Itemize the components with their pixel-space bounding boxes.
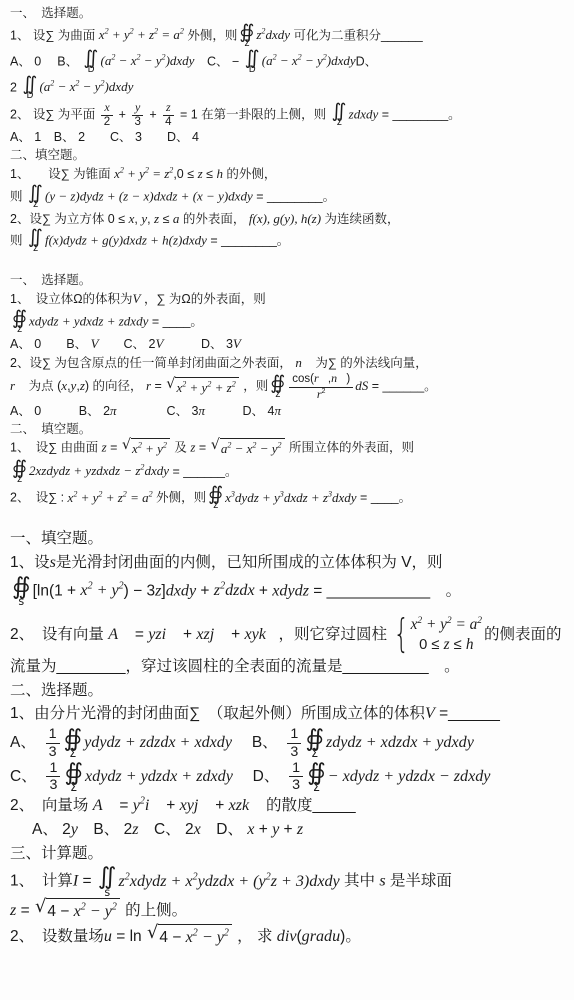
doc-line: 2、设∑ 为包含原点的任一简单封闭曲面之外表面， n⃗ 为∑ 的外法线向量， (10, 354, 568, 373)
closed-surface-integral: ∬D (22, 75, 37, 101)
fraction-numerator: cos(r⃗,n⃗) (289, 372, 353, 387)
superscript: 2 (207, 379, 211, 388)
closed-surface-integral: ∯Σ (64, 761, 83, 794)
fraction-numerator: 1 (46, 726, 60, 743)
fraction: 13 (46, 760, 60, 794)
fraction: x2 (101, 101, 113, 129)
document-page: 一、 选择题。1、 设∑ 为曲面 x2 + y2 + z2 = a2 外侧，则∯… (0, 0, 574, 1000)
square-root: √4 − x2 − y2 (35, 898, 120, 924)
math-variable: V (155, 336, 163, 351)
math-variable: z (80, 378, 85, 393)
math-variable: (a2 − x2 − y2)dxdy (101, 53, 195, 68)
doc-line: 流量为________，穿过该圆柱的全表面的流量是__________ 。 (10, 655, 568, 678)
integral-glyph: ∯ (307, 761, 326, 783)
math-variable: y (71, 378, 77, 393)
fraction-denominator: r2 (314, 388, 329, 402)
math-variable: x (247, 821, 254, 838)
fraction-denominator: 4 (162, 116, 174, 129)
fraction-numerator: 1 (287, 726, 301, 743)
doc-line: 2 ∬D(a2 − x2 − y2)dxdy (10, 75, 568, 101)
doc-line: C、 13∯Σxdydz + ydzdx + zdxdy D、 13∯Σ− xd… (10, 760, 568, 794)
superscript: 2 (120, 166, 124, 175)
closed-surface-integral: ∯Σ (12, 459, 27, 485)
math-variable: x2 + y2 + z2 = a2 (68, 490, 153, 505)
integral-subscript: Σ (33, 245, 39, 254)
closed-surface-integral: ∬Σ (28, 184, 43, 210)
math-variable: 2xzdydz + yzdxdz − z2dxdy (29, 463, 169, 478)
fraction-denominator: 3 (289, 777, 303, 793)
doc-line: 一、 选择题。 (10, 272, 568, 290)
superscript: 2 (125, 871, 130, 882)
math-variable: (y − z)dydz + (z − x)dxdz + (x − y)dxdy (45, 188, 253, 203)
math-variable: A⃗ (93, 797, 115, 814)
math-variable: V (425, 705, 435, 722)
math-variable: xdydz + ydzdx + zdxdy (85, 768, 233, 785)
superscript: 2 (193, 871, 198, 882)
closed-surface-integral: ∬D (245, 49, 260, 75)
math-variable: x2 + y2 = z2 (114, 166, 173, 181)
doc-line: z = √4 − x2 − y2 的上侧。 (10, 898, 568, 924)
math-variable: z2dxdy (256, 27, 290, 42)
math-variable: π (199, 403, 206, 418)
superscript: 2 (220, 581, 225, 592)
math-variable: r⃗ (314, 371, 328, 385)
math-variable: dS (355, 378, 368, 393)
doc-line: 二、填空题。 (10, 147, 568, 165)
integral-glyph: ∬ (28, 184, 43, 202)
closed-surface-integral: ∯s (12, 575, 31, 608)
radicand: x2 + y2 (131, 438, 170, 459)
math-variable: z (155, 582, 161, 599)
doc-line: 二、 填空题。 (10, 421, 568, 439)
closed-surface-integral: ∯Σ (12, 309, 27, 335)
math-variable: V (133, 291, 141, 306)
doc-line: ∯Σ2xzdydz + yzdxdz − z2dxdy = ______。 (10, 459, 568, 485)
superscript: 2 (182, 379, 186, 388)
radical-sign: √ (35, 898, 46, 916)
integral-glyph: ∯ (64, 761, 83, 783)
math-variable: r⃗ (10, 378, 25, 393)
math-variable: x (61, 378, 67, 393)
integral-subscript: Σ (275, 391, 281, 400)
math-variable: xdydz (272, 582, 309, 599)
superscript: 2 (154, 27, 158, 36)
superscript: 2 (73, 489, 77, 498)
doc-line: A、 0 B、 2π C、 3π D、 4π (10, 402, 568, 421)
superscript: 2 (266, 871, 271, 882)
doc-line: 1、 设∑ 为锥面 x2 + y2 = z2,0 ≤ z ≤ h 的外侧， (10, 165, 568, 184)
math-variable: n⃗ (295, 355, 312, 370)
fraction-denominator: 2 (101, 116, 113, 129)
superscript: 3 (280, 489, 284, 498)
radical-sign: √ (122, 438, 131, 452)
closed-surface-integral: ∯Σ (305, 727, 324, 760)
superscript: 2 (322, 387, 326, 395)
integral-subscript: Σ (213, 502, 219, 511)
integral-subscript: Σ (17, 326, 23, 335)
math-variable: n⃗ (331, 371, 346, 385)
superscript: 2 (140, 463, 144, 472)
math-variable: dxdy (166, 582, 196, 599)
math-variable: z2dzdx (214, 582, 255, 599)
math-variable: x2 + y2 (132, 441, 167, 456)
math-variable: xzk⃗ (229, 797, 262, 814)
math-variable: y (71, 821, 78, 838)
math-text: 0 ≤ z ≤ h (419, 635, 473, 655)
math-variable: u (104, 928, 112, 945)
math-variable: zdydz + xdzdx + ydxdy (326, 734, 474, 751)
superscript: 3 (328, 489, 332, 498)
math-variable: x2 + y2 + z2 (176, 380, 235, 395)
fraction-numerator: 1 (46, 760, 60, 777)
doc-line: A、 2y B、 2z C、 2x D、 x + y + z (32, 818, 568, 842)
doc-line: A、 13∯Σydydz + zdzdx + xdxdy B、 13∯Σzdyd… (10, 726, 568, 760)
math-variable: y (272, 821, 279, 838)
square-root: √a2 − x2 − y2 (211, 438, 285, 459)
superscript: 2 (112, 902, 117, 913)
doc-line: 2、 向量场 A⃗ = y2i⃗ + xyj⃗ + xzk⃗ 的散度_____ (10, 794, 568, 818)
superscript: 2 (130, 27, 134, 36)
math-variable: π (274, 403, 281, 418)
superscript: 2 (261, 27, 265, 36)
math-variable: x2 − y2 (74, 903, 117, 920)
superscript: 2 (193, 928, 198, 939)
radicand: 4 − x2 − y2 (158, 924, 232, 950)
fraction-denominator: 3 (131, 116, 143, 129)
closed-surface-integral: ∯Σ (64, 727, 83, 760)
doc-line: 2、设∑ 为立方体 0 ≤ x, y, z ≤ a 的外表面， f(x), g(… (10, 210, 568, 229)
fraction-denominator: 3 (287, 744, 301, 760)
fraction-numerator: 1 (289, 760, 303, 777)
doc-line: 1、设s是光滑封闭曲面的内侧，已知所围成的立体体积为 V，则 (10, 551, 568, 575)
superscript: 2 (50, 79, 54, 88)
integral-subscript: Σ (313, 782, 320, 793)
math-variable: x2 − y2 (186, 929, 229, 946)
math-variable: x2 + y2 = a2 (411, 616, 482, 633)
closed-surface-integral: ∯Σ (307, 761, 326, 794)
math-variable: z (444, 636, 450, 653)
superscript: 2 (232, 379, 236, 388)
math-variable: f(x)dydz + g(y)dxdz + h(z)dxdy (45, 233, 207, 248)
math-variable: ydydz + zdzdx + xdxdy (84, 734, 232, 751)
math-variable: s (379, 873, 385, 890)
doc-line: 2、 设数量场u = ln √4 − x2 − y2 ， 求 div(gradu… (10, 924, 568, 950)
radical-sign: √ (166, 377, 175, 391)
math-variable: yzi⃗ (148, 626, 178, 643)
math-variable: h (466, 636, 474, 653)
doc-line: 2、 设有向量 A⃗ = yzi⃗ + xzj⃗ + xyk⃗，则它穿过圆柱{x… (10, 615, 568, 655)
superscript: 2 (119, 581, 124, 592)
doc-line: A、 0 B、 V C、 2V D、 3V (10, 335, 568, 354)
integral-subscript: D (88, 66, 95, 75)
math-variable: gradu (302, 928, 341, 945)
superscript: 2 (227, 441, 231, 450)
math-variable: x2 + y2 (80, 582, 123, 599)
math-variable: x (104, 100, 109, 114)
doc-line: 则 ∬Σ(y − z)dydz + (z − x)dxdz + (x − y)d… (10, 184, 568, 210)
math-variable: x (194, 821, 201, 838)
cases-group: {x2 + y2 = a20 ≤ z ≤ h (389, 615, 482, 655)
closed-surface-integral: ∬D (84, 49, 99, 75)
fraction: 13 (289, 760, 303, 794)
doc-line: 1、 计算I = ∬sz2xdydz + x2ydzdx + (y2z + 3)… (10, 865, 568, 898)
math-variable: xzj⃗ (196, 626, 226, 643)
superscript: 2 (98, 489, 102, 498)
fraction: cos(r⃗,n⃗)r2 (289, 372, 353, 401)
math-variable: r (146, 378, 151, 393)
superscript: 2 (145, 166, 149, 175)
closed-surface-integral: ∯Σ (239, 23, 254, 49)
superscript: 2 (273, 53, 277, 62)
integral-subscript: Σ (33, 201, 39, 210)
superscript: 2 (417, 616, 422, 626)
math-variable: z (198, 166, 203, 181)
radicand: a2 − x2 − y2 (220, 438, 285, 459)
superscript: 2 (180, 27, 184, 36)
math-variable: xyk⃗ (244, 626, 278, 643)
doc-line: 一、 选择题。 (10, 5, 568, 23)
math-variable: y2i⃗ (133, 797, 162, 814)
math-variable: V (233, 336, 241, 351)
doc-line: 2、 设∑ 为平面 x2 + y3 + z4 = 1 在第一卦限的上侧，则 ∬Σ… (10, 101, 568, 129)
math-variable: xdydz + ydxdz + zdxdy (29, 313, 148, 328)
superscript: 2 (163, 441, 167, 450)
math-variable: xyj⃗ (180, 797, 211, 814)
doc-line: 1、 设立体Ω的体积为V ，∑ 为Ω的外表面，则 (10, 290, 568, 309)
integral-glyph: ∯ (64, 727, 83, 749)
integral-subscript: D (249, 66, 256, 75)
math-variable: z (297, 821, 303, 838)
math-variable: V (91, 336, 99, 351)
doc-line: r⃗ 为点 (x,y,z) 的向径， r = √x2 + y2 + z2 ，则∯… (10, 372, 568, 401)
math-variable: z (132, 821, 138, 838)
integral-glyph: ∯ (305, 727, 324, 749)
math-variable: π (110, 403, 117, 418)
superscript: 2 (105, 27, 109, 36)
square-root: √4 − x2 − y2 (147, 924, 232, 950)
integral-subscript: s (18, 596, 24, 607)
doc-line: 2、 设∑ : x2 + y2 + z2 = a2 外侧，则∯Σx3dydz +… (10, 485, 568, 511)
closed-surface-integral: ∯Σ (270, 374, 285, 400)
math-variable: f(x), g(y), h(z) (249, 211, 321, 226)
math-variable: y (135, 100, 140, 114)
math-variable: z (154, 211, 159, 226)
superscript: 2 (477, 616, 482, 626)
doc-line: A、 1 B、 2 C、 3 D、 4 (10, 129, 568, 147)
fraction-numerator: x (101, 101, 112, 116)
radicand: x2 + y2 + z2 (175, 377, 238, 398)
left-brace: { (393, 619, 409, 652)
math-variable: y (141, 211, 147, 226)
integral-subscript: Σ (17, 476, 23, 485)
superscript: 2 (447, 616, 452, 626)
fraction: 13 (46, 726, 60, 760)
doc-line: 1、由分片光滑的封闭曲面∑ （取起外侧）所围成立体的体积V =______ (10, 702, 568, 726)
doc-line: ∯s[ln(1 + x2 + y2) − 3z]dxdy + z2dzdx + … (10, 575, 568, 608)
square-root: √x2 + y2 (122, 438, 170, 459)
math-variable: z (166, 100, 171, 114)
doc-line: ∯Σxdydz + ydxdz + zdxdy = ____。 (10, 309, 568, 335)
closed-surface-integral: ∬Σ (28, 228, 43, 254)
math-variable: a2 − x2 − y2 (221, 441, 282, 456)
superscript: 2 (149, 489, 153, 498)
doc-line: 二、选择题。 (10, 679, 568, 702)
doc-line: 一、填空题。 (10, 527, 568, 550)
math-variable: − xdydz + ydzdx − zdxdy (328, 768, 491, 785)
math-variable: (a2 − x2 − y2)dxdy (39, 79, 133, 94)
cases-column: x2 + y2 = a20 ≤ z ≤ h (411, 615, 482, 655)
fraction-denominator: 3 (46, 744, 60, 760)
math-variable: z (102, 440, 107, 455)
math-variable: (a2 − x2 − y2)dxdy (262, 53, 356, 68)
integral-subscript: Σ (336, 119, 342, 128)
fraction: y3 (131, 101, 143, 129)
superscript: 2 (100, 79, 104, 88)
doc-line: A、 0 B、 ∬D(a2 − x2 − y2)dxdy C、 − ∬D(a2 … (10, 49, 568, 75)
superscript: 2 (298, 53, 302, 62)
superscript: 2 (111, 53, 115, 62)
math-variable: x2 + y2 + z2 = a2 (99, 27, 184, 42)
math-variable: z (10, 902, 16, 919)
superscript: 2 (162, 53, 166, 62)
math-variable: z (190, 440, 195, 455)
math-variable: z2xdydz + x2ydzdx + (y2z + 3)dxdy (119, 873, 340, 890)
doc-line: 1、 设∑ 由曲面 z = √x2 + y2 及 z = √a2 − x2 − … (10, 438, 568, 459)
closed-surface-integral: ∬Σ (332, 102, 347, 128)
integral-subscript: Σ (70, 782, 77, 793)
radical-sign: √ (147, 924, 158, 942)
superscript: 2 (252, 441, 256, 450)
integral-subscript: D (26, 92, 33, 101)
fraction: 13 (287, 726, 301, 760)
doc-line: 1、 设∑ 为曲面 x2 + y2 + z2 = a2 外侧，则∯Σz2dxdy… (10, 23, 568, 49)
math-variable: I (73, 873, 78, 890)
superscript: 2 (323, 53, 327, 62)
math-variable: x3dydz + y3dxdz + z3dxdy (225, 490, 356, 505)
fraction-numerator: y (132, 101, 143, 116)
radicand: 4 − x2 − y2 (46, 898, 120, 924)
fraction-numerator: z (163, 101, 174, 116)
math-variable: h (216, 166, 223, 181)
closed-surface-integral: ∬s (98, 865, 117, 898)
closed-surface-integral: ∯Σ (208, 485, 223, 511)
integral-glyph: ∯ (12, 575, 31, 597)
math-variable: s (50, 554, 56, 571)
math-variable: A⃗ (108, 626, 130, 643)
doc-line: 三、计算题。 (10, 842, 568, 865)
fraction: z4 (162, 101, 174, 129)
superscript: 2 (224, 928, 229, 939)
math-variable: a (173, 211, 180, 226)
superscript: 2 (123, 489, 127, 498)
superscript: 2 (169, 166, 173, 175)
math-variable: x (129, 211, 135, 226)
superscript: 2 (81, 902, 86, 913)
fraction-denominator: 3 (46, 777, 60, 793)
superscript: 2 (136, 53, 140, 62)
superscript: 2 (88, 581, 93, 592)
superscript: 2 (75, 79, 79, 88)
superscript: 2 (278, 441, 282, 450)
square-root: √x2 + y2 + z2 (166, 377, 238, 398)
superscript: 2 (140, 795, 145, 806)
radical-sign: √ (211, 438, 220, 452)
superscript: 2 (138, 441, 142, 450)
doc-line: 则 ∬Σf(x)dydz + g(y)dxdz + h(z)dxdy = ___… (10, 228, 568, 254)
math-text: x2 + y2 = a2 (411, 615, 482, 635)
integral-subscript: s (104, 887, 110, 898)
math-variable: zdxdy (349, 106, 379, 121)
math-variable: div (277, 928, 297, 945)
integral-glyph: ∬ (98, 865, 117, 887)
superscript: 3 (231, 489, 235, 498)
